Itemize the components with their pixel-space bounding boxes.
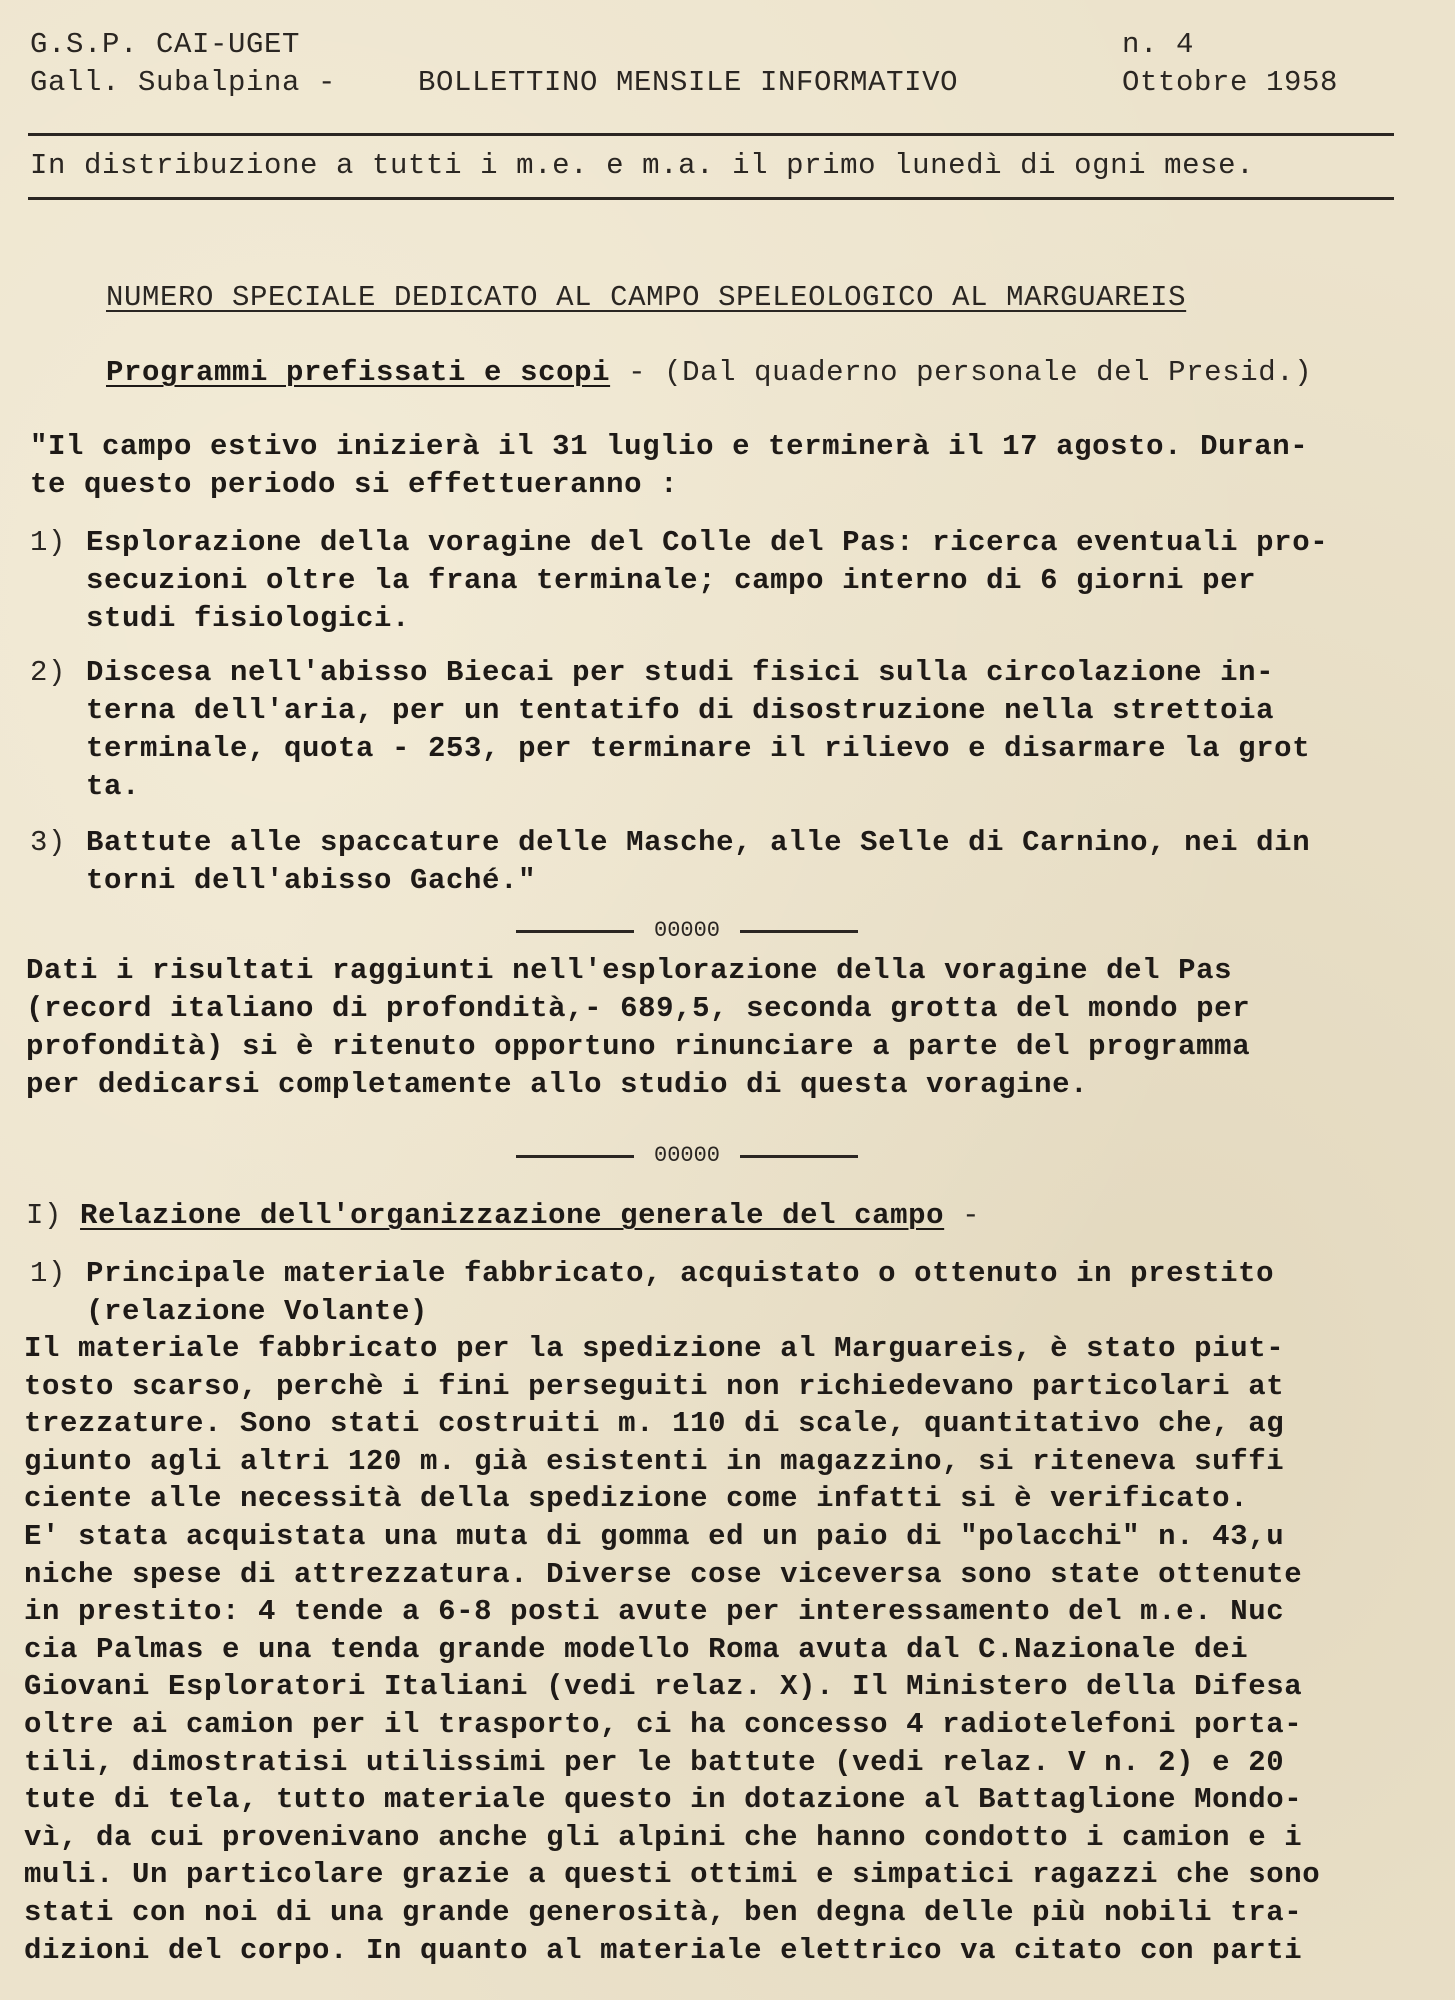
body-line: tute di tela, tutto materiale questo in … (24, 1781, 1302, 1819)
programs-heading-line: Programmi prefissati e scopi - (Dal quad… (106, 354, 1312, 392)
programs-intro-line: "Il campo estivo inizierà il 31 luglio e… (30, 428, 1308, 466)
body-line: tosto scarso, perchè i fini perseguiti n… (24, 1368, 1284, 1406)
program-item-line: terna dell'aria, per un tentatifo di dis… (86, 692, 1274, 730)
program-item-line: Battute alle spaccature delle Masche, al… (86, 824, 1310, 862)
programs-intro-line: te questo periodo si effettueranno : (30, 466, 678, 504)
program-item-line: torni dell'abisso Gaché." (86, 862, 536, 900)
body-line: E' stata acquistata una muta di gomma ed… (24, 1518, 1284, 1556)
program-item-line: Discesa nell'abisso Biecai per studi fis… (86, 654, 1274, 692)
body-line: dizioni del corpo. In quanto al material… (24, 1932, 1302, 1970)
subsection-title-line: (relazione Volante) (86, 1293, 428, 1331)
subsection-title-line: Principale materiale fabbricato, acquist… (86, 1255, 1274, 1293)
programs-heading: Programmi prefissati e scopi (106, 356, 610, 389)
program-item-line: terminale, quota - 253, per terminare il… (86, 730, 1310, 768)
programs-heading-note: - (Dal quaderno personale del Presid.) (610, 356, 1312, 389)
body-line: tili, dimostratisi utilissimi per le bat… (24, 1744, 1284, 1782)
body-line: Giovani Esploratori Italiani (vedi relaz… (24, 1668, 1302, 1706)
body-line: ciente alle necessità della spedizione c… (24, 1480, 1248, 1518)
program-item-line: studi fisiologici. (86, 600, 410, 638)
body-line: niche spese di attrezzatura. Diverse cos… (24, 1556, 1302, 1594)
bulletin-page: G.S.P. CAI-UGET Gall. Subalpina - BOLLET… (0, 0, 1455, 2000)
program-item-line: Esplorazione della voragine del Colle de… (86, 524, 1328, 562)
body-line: trezzature. Sono stati costruiti m. 110 … (24, 1405, 1284, 1443)
section-heading: Relazione dell'organizzazione generale d… (80, 1199, 944, 1232)
bulletin-title: BOLLETTINO MENSILE INFORMATIVO (418, 64, 958, 102)
body-line: oltre ai camion per il trasporto, ci ha … (24, 1706, 1302, 1744)
program-item-number: 2) (30, 654, 66, 692)
body-line: cia Palmas e una tenda grande modello Ro… (24, 1631, 1248, 1669)
body-line: giunto agli altri 120 m. già esistenti i… (24, 1443, 1284, 1481)
section-number: I) (26, 1199, 62, 1232)
results-line: (record italiano di profondità,- 689,5, … (26, 990, 1250, 1028)
results-line: Dati i risultati raggiunti nell'esploraz… (26, 952, 1232, 990)
body-line: stati con noi di una grande generosità, … (24, 1894, 1302, 1932)
header-rule-bottom (28, 197, 1394, 200)
body-line: in prestito: 4 tende a 6-8 posti avute p… (24, 1593, 1284, 1631)
issue-number: n. 4 (1122, 26, 1194, 64)
program-item-number: 1) (30, 524, 66, 562)
body-line: Il materiale fabbricato per la spedizion… (24, 1330, 1284, 1368)
issue-date: Ottobre 1958 (1122, 64, 1338, 102)
section-heading-line: I) Relazione dell'organizzazione general… (26, 1197, 980, 1235)
org-section: Gall. Subalpina - (30, 64, 336, 102)
subsection-number: 1) (30, 1255, 66, 1293)
section-separator: 00000 (516, 916, 858, 947)
special-issue-title: NUMERO SPECIALE DEDICATO AL CAMPO SPELEO… (106, 279, 1186, 317)
body-line: muli. Un particolare grazie a questi ott… (24, 1856, 1320, 1894)
header-rule-top (28, 133, 1394, 136)
section-heading-suffix: - (944, 1199, 980, 1232)
org-name: G.S.P. CAI-UGET (30, 26, 300, 64)
results-line: profondità) si è ritenuto opportuno rinu… (26, 1028, 1250, 1066)
distribution-note: In distribuzione a tutti i m.e. e m.a. i… (30, 147, 1254, 185)
program-item-number: 3) (30, 824, 66, 862)
program-item-line: secuzioni oltre la frana terminale; camp… (86, 562, 1256, 600)
program-item-line: ta. (86, 768, 140, 806)
body-line: vì, da cui provenivano anche gli alpini … (24, 1819, 1302, 1857)
results-line: per dedicarsi completamente allo studio … (26, 1066, 1088, 1104)
section-separator: 00000 (516, 1141, 858, 1172)
